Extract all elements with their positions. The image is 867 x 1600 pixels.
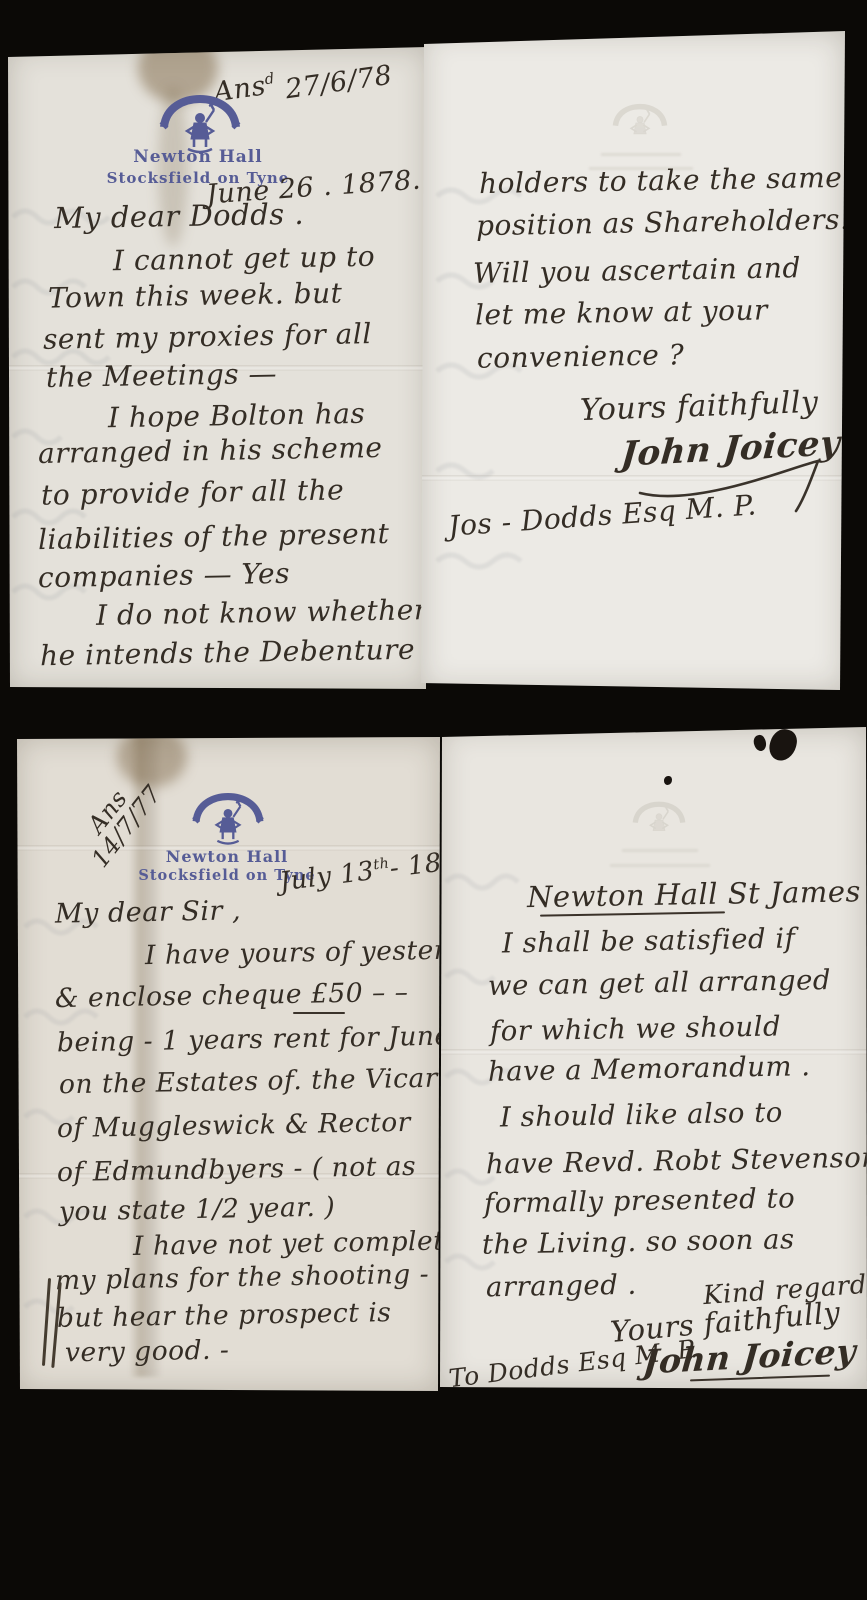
letter-heading: Newton Hall St James . bbox=[527, 874, 867, 914]
letter-line: of Edmundbyers - ( not as bbox=[57, 1151, 417, 1188]
letter-line: my plans for the shooting - bbox=[55, 1259, 430, 1297]
letter-line: the Meetings — bbox=[46, 357, 278, 394]
amount-underline bbox=[293, 1012, 345, 1014]
letter-page-4: Newton Hall St James . I shall be satisf… bbox=[440, 727, 867, 1389]
letter-page-3: Ans 14/7/77 Newton Hall Stocksfield on T… bbox=[17, 737, 440, 1391]
letter-line: we can get all arranged bbox=[488, 964, 831, 1002]
salutation: My dear Dodds . bbox=[54, 197, 305, 235]
letter-line: the Living. so soon as bbox=[482, 1223, 795, 1260]
letter-line: liabilities of the present bbox=[38, 517, 390, 556]
letter-line: have Revd. Robt Stevenson bbox=[486, 1142, 867, 1181]
letter-line: I do not know whether bbox=[96, 593, 428, 632]
letter-line: Town this week. but bbox=[48, 276, 343, 314]
letter-line: I shall be satisfied if bbox=[502, 922, 796, 959]
letter-line: very good. - bbox=[65, 1335, 230, 1369]
letter-line: of Muggleswick & Rector bbox=[57, 1107, 411, 1144]
letter-line: position as Shareholders. bbox=[476, 203, 850, 243]
embossed-letterhead-text bbox=[601, 153, 681, 156]
letter-line: companies — Yes bbox=[38, 557, 290, 594]
letter-line: let me know at your bbox=[475, 293, 768, 331]
letter-line: he intends the Debenture bbox=[40, 633, 416, 673]
letter-line: convenience ? bbox=[477, 338, 685, 375]
letter-line: I cannot get up to bbox=[113, 240, 376, 278]
closing: Yours faithfully bbox=[579, 385, 818, 428]
letter-line: I hope Bolton has bbox=[108, 397, 366, 434]
letter-line: for which we should bbox=[490, 1010, 782, 1047]
embossed-crest-icon bbox=[610, 103, 670, 147]
salutation: My dear Sir , bbox=[55, 895, 242, 929]
ink-blot bbox=[752, 733, 769, 752]
letter-line: arranged . bbox=[486, 1269, 637, 1304]
letter-line: have a Memorandum . bbox=[488, 1050, 811, 1088]
letter-line: sent my proxies for all bbox=[43, 317, 372, 356]
letter-line: you state 1/2 year. ) bbox=[59, 1192, 336, 1228]
embossed-letterhead-text bbox=[622, 849, 698, 852]
letter-line: to provide for all the bbox=[41, 473, 345, 511]
letter-line: Will you ascertain and bbox=[473, 251, 801, 290]
letter-line: being - 1 years rent for June bbox=[57, 1021, 451, 1059]
scan-background: Ansd 27/6/78 Newton Hall Stocksfield on … bbox=[0, 0, 867, 1600]
ink-spot bbox=[664, 776, 672, 785]
letter-line: arranged in his scheme bbox=[38, 431, 383, 470]
letter-line: I have not yet completed bbox=[133, 1225, 478, 1262]
letter-line: but hear the prospect is bbox=[57, 1297, 392, 1334]
embossed-crest-icon bbox=[630, 801, 688, 843]
ink-blot bbox=[766, 726, 799, 764]
letterhead-name: Newton Hall bbox=[118, 147, 278, 167]
letter-line: holders to take the same bbox=[479, 161, 843, 200]
letter-page-1: Ansd 27/6/78 Newton Hall Stocksfield on … bbox=[8, 47, 428, 689]
letter-line: formally presented to bbox=[484, 1182, 796, 1219]
letter-line: I should like also to bbox=[500, 1097, 783, 1134]
letter-page-2: holders to take the same position as Sha… bbox=[421, 31, 845, 690]
addressee: To Dodds Esq M. P. bbox=[447, 1334, 700, 1393]
knight-with-sword-crest-icon bbox=[189, 793, 267, 848]
letterhead-name: Newton Hall bbox=[152, 847, 302, 866]
letter-line: & enclose cheque £50 – – bbox=[55, 977, 409, 1014]
letter-line: on the Estates of. the Vicar bbox=[59, 1063, 438, 1101]
embossed-letterhead-text bbox=[610, 864, 710, 867]
